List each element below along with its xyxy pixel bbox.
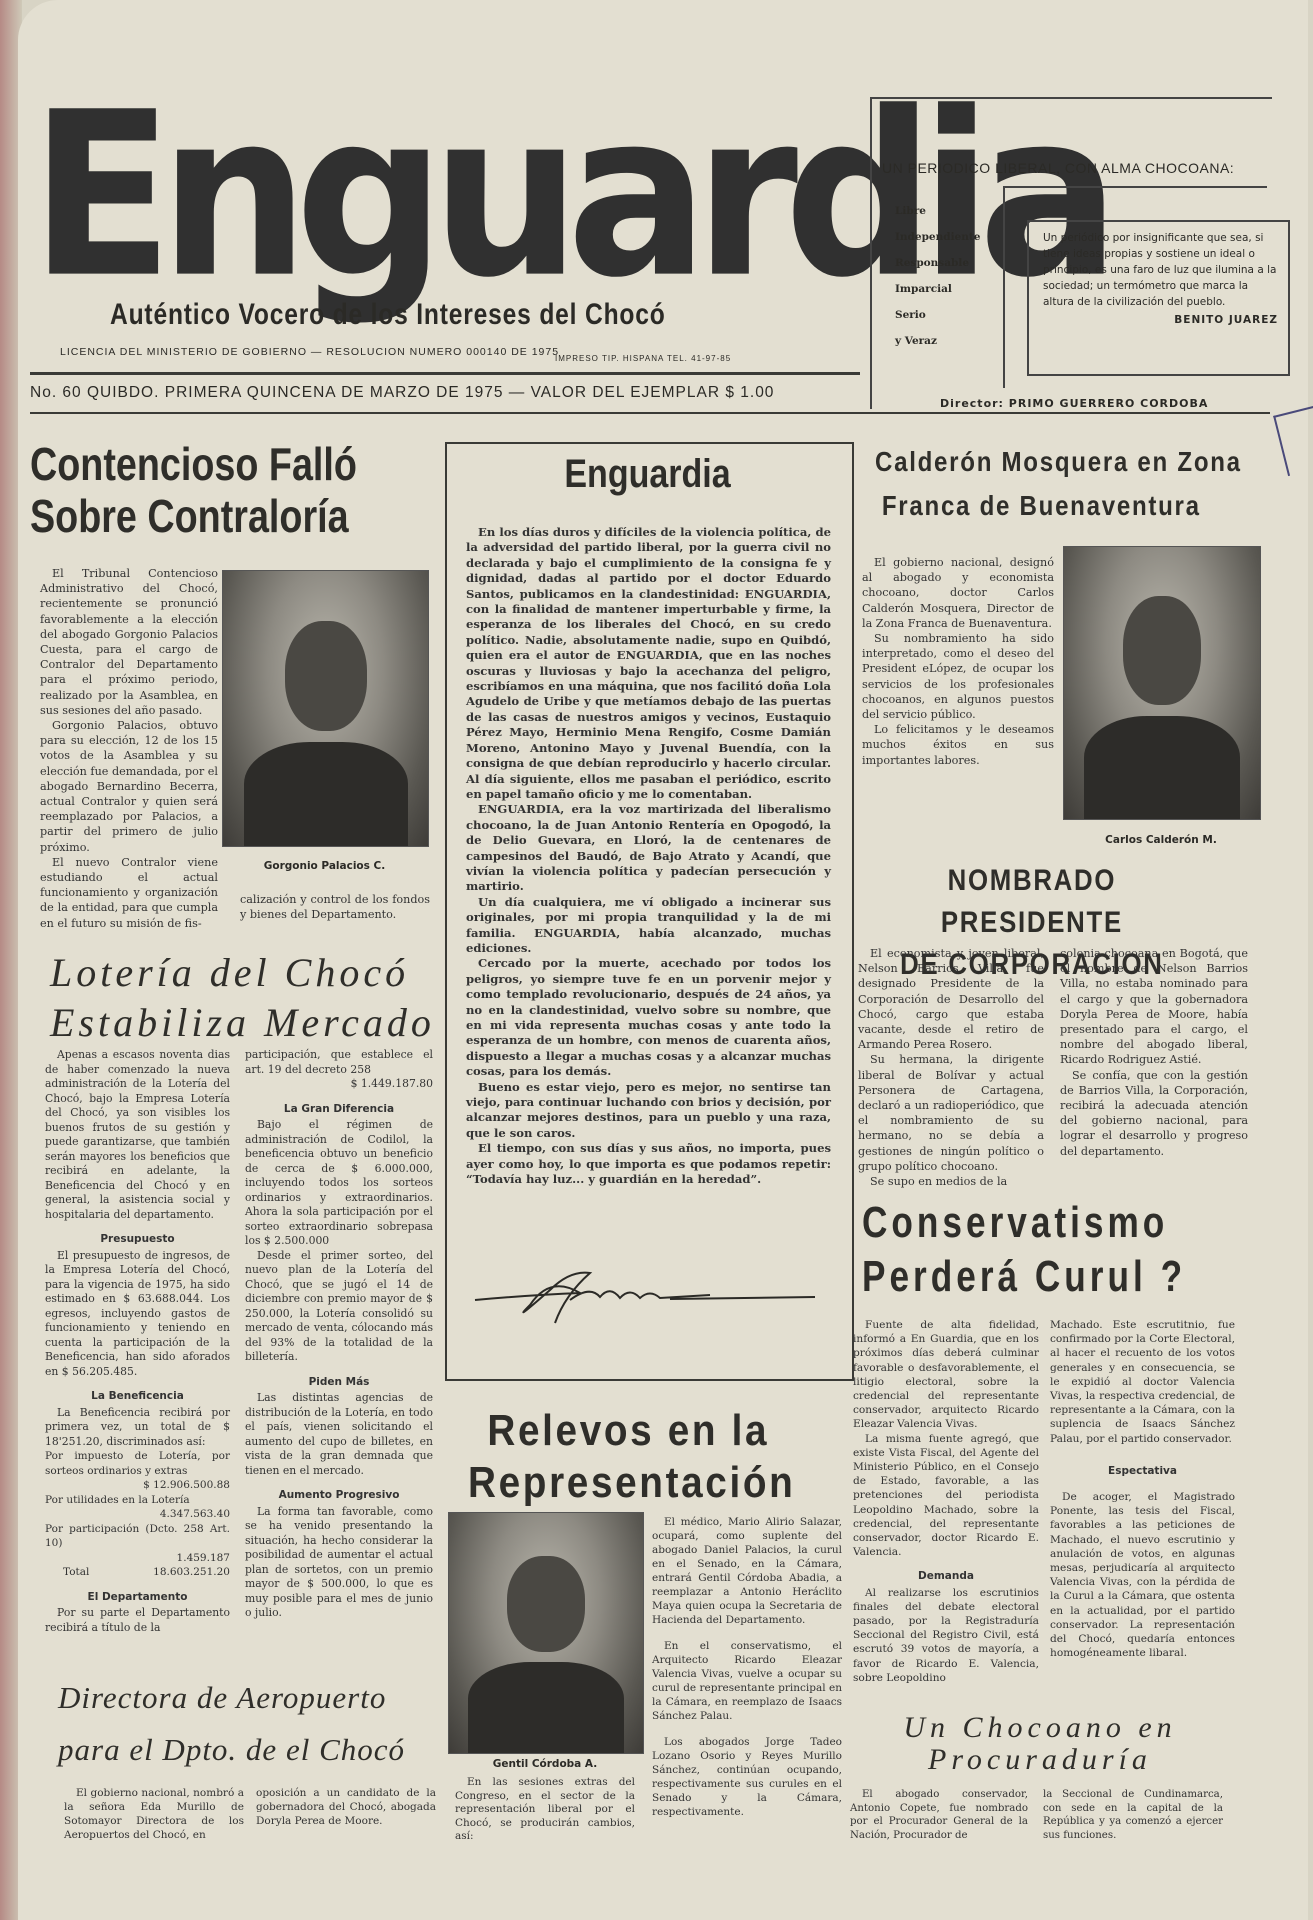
paragraph: En las sesiones extras del Congreso, en … — [455, 1776, 635, 1844]
paragraph: La Beneficencia recibirá por primera vez… — [45, 1406, 230, 1450]
director-name: PRIMO GUERRERO CORDOBA — [1009, 397, 1209, 410]
headline-line: Calderón Mosquera en Zona — [875, 440, 1242, 484]
headline-line: Relevos en la — [468, 1405, 795, 1457]
paragraph: Se confía, que con la gestión de Barrios… — [1060, 1068, 1248, 1159]
article-conservatismo-col1: Fuente de alta fidelidad, informó a En G… — [853, 1318, 1039, 1685]
printer-line: IMPRESO TIP. HISPANA TEL. 41-97-85 — [555, 354, 731, 363]
portrait-photo — [222, 570, 429, 847]
virtue: Serio — [895, 302, 980, 328]
article-nombrado-col1: El economista y joven liberal, Nelson Ba… — [858, 946, 1044, 1189]
paragraph: colonia chocoana en Bogotá, que el nombr… — [1060, 946, 1248, 1068]
license-line: LICENCIA DEL MINISTERIO DE GOBIERNO — RE… — [60, 346, 559, 358]
paragraph: Gorgonio Palacios, obtuvo para su elecci… — [40, 718, 218, 855]
headline-line: Perderá Curul ? — [862, 1250, 1186, 1304]
headline-line: Procuraduría — [875, 1744, 1205, 1776]
headline-line: Sobre Contraloría — [30, 490, 357, 542]
quote-box: Un periódico por insignificante que sea,… — [1027, 220, 1290, 376]
paragraph: Por su parte el Departamento recibirá a … — [45, 1606, 230, 1635]
headline-line: para el Dpto. de el Chocó — [58, 1724, 405, 1776]
headline-line: Estabiliza Mercado — [50, 998, 435, 1048]
headline-line: Representación — [468, 1457, 795, 1509]
paragraph: Cercado por la muerte, acechado por todo… — [466, 956, 831, 1079]
paragraph: El gobierno nacional, nombró a la señora… — [64, 1786, 244, 1842]
paragraph: El gobierno nacional, designó al abogado… — [862, 555, 1054, 631]
paragraph: Lo felicitamos y le deseamos muchos éxit… — [862, 722, 1054, 768]
ledger-value: 18.603.251.20 — [153, 1565, 230, 1580]
virtue: y Veraz — [895, 328, 980, 354]
paragraph: La misma fuente agregó, que existe Vista… — [853, 1432, 1039, 1560]
paragraph: El Tribunal Contencioso Administrativo d… — [40, 566, 218, 718]
article-directora-col2: oposición a un candidato de la gobernado… — [256, 1786, 436, 1828]
director-label: Director: — [940, 397, 1004, 410]
paragraph: El tiempo, con sus días y sus años, no i… — [466, 1141, 831, 1187]
paragraph: Un día cualquiera, me ví obligado a inci… — [466, 895, 831, 957]
paragraph: En los días duros y difíciles de la viol… — [466, 525, 831, 802]
masthead-tagline: Auténtico Vocero de los Intereses del Ch… — [110, 298, 666, 332]
divider — [30, 372, 860, 375]
subheading: Demanda — [853, 1569, 1039, 1583]
headline-relevos: Relevos en la Representación — [468, 1405, 795, 1509]
ledger-row: Total18.603.251.20 — [45, 1565, 230, 1580]
ledger-row: Por impuesto de Lotería, por sorteos ord… — [45, 1449, 230, 1493]
paragraph: Su hermana, la dirigente liberal de Bolí… — [858, 1052, 1044, 1174]
paragraph: Desde el primer sorteo, del nuevo plan d… — [245, 1249, 433, 1365]
virtue: Libre — [895, 198, 980, 224]
headline-directora: Directora de Aeropuerto para el Dpto. de… — [58, 1672, 405, 1776]
photo-caption: Gorgonio Palacios C. — [222, 860, 427, 872]
headline-line: NOMBRADO PRESIDENTE — [890, 860, 1174, 944]
paragraph: El médico, Mario Alirio Salazar, ocupará… — [652, 1515, 842, 1627]
article-calderon-body: El gobierno nacional, designó al abogado… — [862, 555, 1054, 768]
subheading: Presupuesto — [45, 1232, 230, 1247]
quote-text: Un periódico por insignificante que sea,… — [1043, 230, 1278, 310]
paragraph: Se supo en medios de la — [858, 1174, 1044, 1189]
virtue: Independiente — [895, 224, 980, 250]
subheading: La Beneficencia — [45, 1389, 230, 1404]
ledger-value: $ 12.906.500.88 — [45, 1478, 230, 1493]
paragraph: oposición a un candidato de la gobernado… — [256, 1786, 436, 1828]
paragraph: Machado. Este escrutitnio, fue confirmad… — [1050, 1318, 1235, 1446]
paragraph: El presupuesto de ingresos, de la Empres… — [45, 1249, 230, 1380]
ledger-value: 1.459.187 — [45, 1551, 230, 1566]
subheading: La Gran Diferencia — [245, 1102, 433, 1117]
masthead-title: Enguardia — [30, 90, 850, 301]
headline-line: Un Chocoano en — [875, 1712, 1205, 1744]
headline-line: Lotería del Chocó — [50, 948, 435, 998]
headline-line: Franca de Buenaventura — [875, 484, 1242, 528]
paragraph: Fuente de alta fidelidad, informó a En G… — [853, 1318, 1039, 1432]
ear-motto: UN PERIODICO LIBERAL, CON ALMA CHOCOANA: — [882, 160, 1234, 176]
ledger-label: Por participación (Dcto. 258 Art. 10) — [45, 1522, 230, 1551]
ledger-label: Por utilidades en la Lotería — [45, 1493, 230, 1508]
divider — [30, 412, 1270, 414]
portrait-photo — [448, 1512, 644, 1754]
subheading: El Departamento — [45, 1590, 230, 1605]
quote-author: BENITO JUAREZ — [1043, 312, 1278, 328]
headline-calderon: Calderón Mosquera en Zona Franca de Buen… — [875, 440, 1242, 528]
paragraph: Las distintas agencias de distribución d… — [245, 1391, 433, 1478]
paragraph: Al realizarse los escrutinios finales de… — [853, 1586, 1039, 1685]
article-relevos-right: El médico, Mario Alirio Salazar, ocupará… — [652, 1515, 842, 1819]
paragraph: Su nombramiento ha sido interpretado, co… — [862, 631, 1054, 722]
headline-loteria: Lotería del Chocó Estabiliza Mercado — [50, 948, 435, 1048]
paragraph: Bajo el régimen de administración de Cod… — [245, 1118, 433, 1249]
editorial-body: En los días duros y difíciles de la viol… — [466, 525, 831, 1187]
paragraph: Bueno es estar viejo, pero es mejor, no … — [466, 1080, 831, 1142]
photo-caption: Carlos Calderón M. — [1063, 834, 1259, 846]
article-nombrado-col2: colonia chocoana en Bogotá, que el nombr… — [1060, 946, 1248, 1159]
portrait-photo — [1063, 546, 1261, 820]
subheading: Aumento Progresivo — [245, 1488, 433, 1503]
paragraph: De acoger, el Magistrado Ponente, las te… — [1050, 1490, 1235, 1660]
article-procuraduria-col2: la Seccional de Cundinamarca, con sede e… — [1043, 1788, 1223, 1842]
paragraph: El abogado conservador, Antonio Copete, … — [850, 1788, 1028, 1842]
photo-caption: Gentil Córdoba A. — [448, 1758, 642, 1770]
paragraph: participación, que establece el art. 19 … — [245, 1048, 433, 1077]
paragraph: El nuevo Contralor viene estudiando el a… — [40, 855, 218, 931]
virtue: Responsable — [895, 250, 980, 276]
director-line: Director: PRIMO GUERRERO CORDOBA — [940, 397, 1208, 410]
headline-line: Directora de Aeropuerto — [58, 1672, 405, 1724]
ledger-row: Por participación (Dcto. 258 Art. 10)1.4… — [45, 1522, 230, 1566]
paragraph: ENGUARDIA, era la voz martirizada del li… — [466, 802, 831, 894]
ledger-value: 4.347.563.40 — [45, 1507, 230, 1522]
article-loteria-col1: Apenas a escasos noventa dias de haber c… — [45, 1048, 230, 1635]
subheading: Piden Más — [245, 1375, 433, 1390]
paragraph: la Seccional de Cundinamarca, con sede e… — [1043, 1788, 1223, 1842]
article-directora-col1: El gobierno nacional, nombró a la señora… — [64, 1786, 244, 1842]
article-loteria-col2: participación, que establece el art. 19 … — [245, 1048, 433, 1621]
article-conservatismo-col2: Machado. Este escrutitnio, fue confirmad… — [1050, 1318, 1235, 1660]
article-procuraduria-col1: El abogado conservador, Antonio Copete, … — [850, 1788, 1028, 1842]
paragraph: Los abogados Jorge Tadeo Lozano Osorio y… — [652, 1735, 842, 1819]
paragraph: La forma tan favorable, como se ha venid… — [245, 1505, 433, 1621]
paragraph: calización y control de los fondos y bie… — [240, 892, 430, 922]
amount: $ 1.449.187.80 — [245, 1077, 433, 1092]
virtue: Imparcial — [895, 276, 980, 302]
ledger-label: Total — [45, 1565, 89, 1580]
subheading: Espectativa — [1050, 1464, 1235, 1478]
paragraph: En el conservatismo, el Arquitecto Ricar… — [652, 1639, 842, 1723]
ledger-label: Por impuesto de Lotería, por sorteos ord… — [45, 1449, 230, 1478]
headline-procuraduria: Un Chocoano en Procuraduría — [875, 1712, 1205, 1776]
virtues-list: Libre Independiente Responsable Imparcia… — [895, 198, 980, 354]
ledger-row: Por utilidades en la Lotería4.347.563.40 — [45, 1493, 230, 1522]
headline-contencioso: Contencioso Falló Sobre Contraloría — [30, 438, 357, 542]
article-contencioso-body: El Tribunal Contencioso Administrativo d… — [40, 566, 218, 931]
signature-icon — [470, 1265, 830, 1325]
headline-line: Contencioso Falló — [30, 438, 357, 490]
issue-line: No. 60 QUIBDO. PRIMERA QUINCENA DE MARZO… — [30, 384, 774, 402]
headline-line: Conservatismo — [862, 1196, 1186, 1250]
paragraph: Apenas a escasos noventa dias de haber c… — [45, 1048, 230, 1222]
article-relevos-left: En las sesiones extras del Congreso, en … — [455, 1776, 635, 1844]
article-contencioso-cont: calización y control de los fondos y bie… — [240, 892, 430, 922]
paragraph: El economista y joven liberal, Nelson Ba… — [858, 946, 1044, 1052]
editorial-headline: Enguardia — [475, 452, 819, 497]
ledger: Por impuesto de Lotería, por sorteos ord… — [45, 1449, 230, 1580]
headline-conservatismo: Conservatismo Perderá Curul ? — [862, 1196, 1186, 1304]
